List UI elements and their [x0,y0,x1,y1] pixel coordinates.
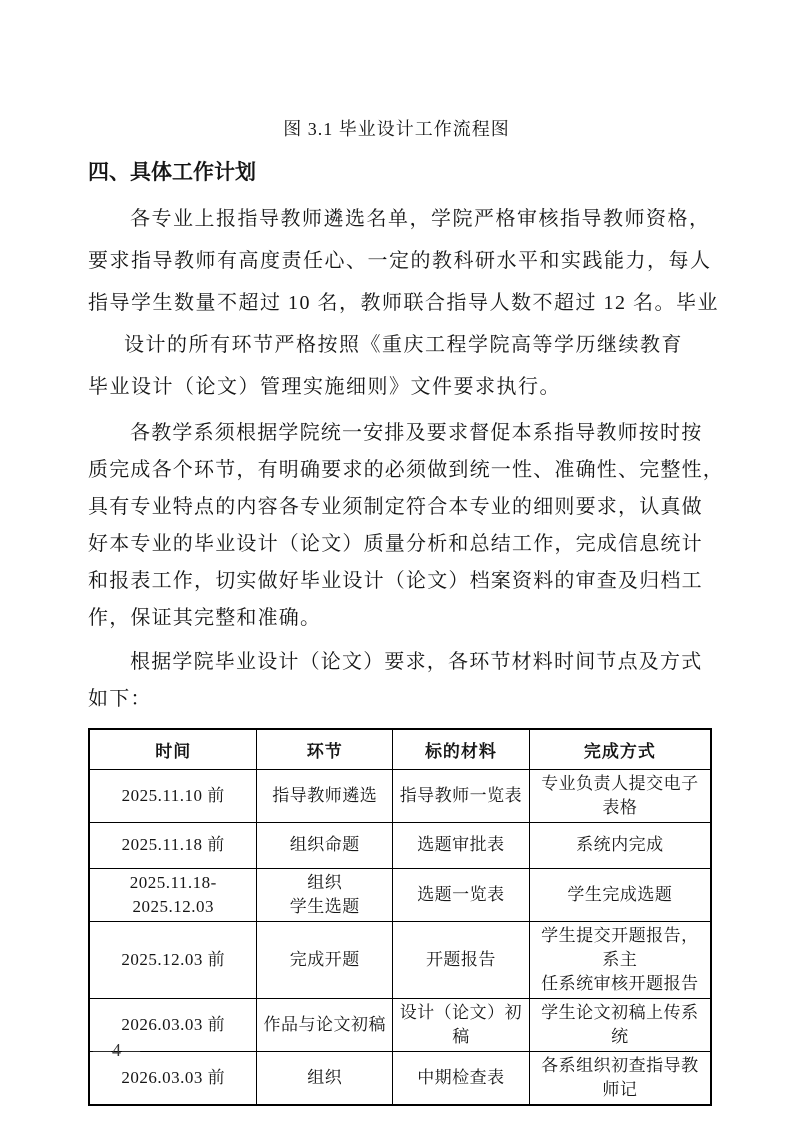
table-cell: 2025.11.18-2025.12.03 [89,868,257,921]
paragraph-line: 毕业设计（论文）管理实施细则》文件要求执行。 [88,366,705,408]
table-row: 2025.11.18-2025.12.03组织 学生选题选题一览表学生完成选题 [89,868,711,921]
figure-caption: 图 3.1 毕业设计工作流程图 [0,0,793,142]
paragraph-line: 具有专业特点的内容各专业须制定符合本专业的细则要求，认真做 [88,489,705,526]
table-row: 2026.03.03 前组织中期检查表各系组织初查指导教师记 [89,1051,711,1105]
paragraph: 根据学院毕业设计（论文）要求，各环节材料时间节点及方式如下： [88,644,705,718]
table-cell: 专业负责人提交电子表格 [529,769,711,822]
table-row: 2025.11.18 前组织命题选题审批表系统内完成 [89,822,711,868]
table-cell: 组织 学生选题 [257,868,393,921]
table-cell: 2025.11.10 前 [89,769,257,822]
table-cell: 各系组织初查指导教师记 [529,1051,711,1105]
table-cell: 组织命题 [257,822,393,868]
table-cell: 作品与论文初稿 [257,998,393,1051]
paragraph-line: 根据学院毕业设计（论文）要求，各环节材料时间节点及方式 [88,644,705,681]
table-row: 2025.11.10 前指导教师遴选指导教师一览表专业负责人提交电子表格 [89,769,711,822]
table-cell: 学生论文初稿上传系统 [529,998,711,1051]
table-header-cell: 完成方式 [529,729,711,769]
paragraph-line: 和报表工作，切实做好毕业设计（论文）档案资料的审查及归档工 [88,563,705,600]
paragraph-line: 要求指导教师有高度责任心、一定的教科研水平和实践能力，每人 [88,240,705,282]
paragraph-line: 设计的所有环节严格按照《重庆工程学院高等学历继续教育 [88,324,705,366]
table-cell: 学生提交开题报告，系主 任系统审核开题报告 [529,921,711,998]
table-cell: 系统内完成 [529,822,711,868]
table-cell: 选题审批表 [393,822,530,868]
table-cell: 完成开题 [257,921,393,998]
paragraph-line: 指导学生数量不超过 10 名，教师联合指导人数不超过 12 名。毕业 [88,282,705,324]
table-cell: 组织 [257,1051,393,1105]
table-cell: 2025.11.18 前 [89,822,257,868]
section-heading: 四、具体工作计划 [88,158,705,188]
paragraph-line: 作，保证其完整和准确。 [88,600,705,637]
table-cell: 选题一览表 [393,868,530,921]
paragraph-line: 质完成各个环节，有明确要求的必须做到统一性、准确性、完整性， [88,452,705,489]
table-header-cell: 环节 [257,729,393,769]
table-cell: 学生完成选题 [529,868,711,921]
table-header-cell: 时间 [89,729,257,769]
paragraph-line: 好本专业的毕业设计（论文）质量分析和总结工作，完成信息统计 [88,526,705,563]
document-page: 图 3.1 毕业设计工作流程图 四、具体工作计划 各专业上报指导教师遴选名单，学… [0,0,793,1122]
table-header-cell: 标的材料 [393,729,530,769]
body-paragraphs: 各专业上报指导教师遴选名单，学院严格审核指导教师资格，要求指导教师有高度责任心、… [88,198,705,718]
page-number: —4— [93,1040,141,1061]
paragraph: 各教学系须根据学院统一安排及要求督促本系指导教师按时按质完成各个环节，有明确要求… [88,415,705,637]
paragraph-line: 如下： [88,681,705,718]
table-cell: 指导教师一览表 [393,769,530,822]
table-cell: 指导教师遴选 [257,769,393,822]
table-header-row: 时间环节标的材料完成方式 [89,729,711,769]
table-row: 2026.03.03 前作品与论文初稿设计（论文）初稿学生论文初稿上传系统 [89,998,711,1051]
table-cell: 中期检查表 [393,1051,530,1105]
paragraph: 各专业上报指导教师遴选名单，学院严格审核指导教师资格，要求指导教师有高度责任心、… [88,198,705,408]
table-row: 2025.12.03 前完成开题开题报告学生提交开题报告，系主 任系统审核开题报… [89,921,711,998]
table-cell: 2025.12.03 前 [89,921,257,998]
table-cell: 设计（论文）初稿 [393,998,530,1051]
paragraph-line: 各教学系须根据学院统一安排及要求督促本系指导教师按时按 [88,415,705,452]
paragraph-line: 各专业上报指导教师遴选名单，学院严格审核指导教师资格， [88,198,705,240]
table-cell: 开题报告 [393,921,530,998]
schedule-table: 时间环节标的材料完成方式 2025.11.10 前指导教师遴选指导教师一览表专业… [88,728,712,1106]
